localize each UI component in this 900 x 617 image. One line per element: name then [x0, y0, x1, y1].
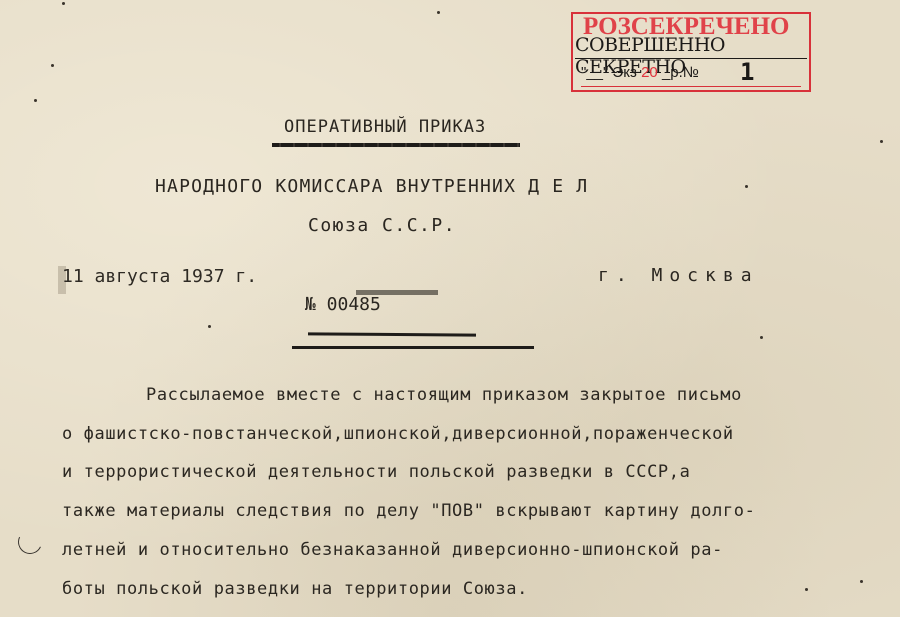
order-underline-2: [292, 346, 534, 349]
paper-speck: [860, 580, 863, 583]
classification-stamp: РОЗСЕКРЕЧЕНО СОВЕРШЕННО СЕКРЕТНО "__" Эк…: [571, 12, 811, 92]
paper-speck: [34, 99, 37, 102]
paper-speck: [208, 325, 211, 328]
copy-number: 1: [740, 58, 754, 86]
document-city: г. Москва: [598, 265, 759, 286]
paper-speck: [745, 185, 748, 188]
paper-speck: [62, 2, 65, 5]
order-number: № 00485: [305, 294, 381, 315]
body-line: летней и относительно безнаказанной диве…: [62, 540, 723, 560]
paper-speck: [51, 64, 54, 67]
document-subtitle: НАРОДНОГО КОМИССАРА ВНУТРЕННИХ Д Е Л: [155, 176, 588, 197]
stamp-underline: [581, 86, 801, 87]
copy-year: 20: [641, 64, 658, 81]
union-line: Союза С.С.Р.: [308, 215, 456, 236]
punch-hole-mark: [15, 527, 46, 558]
order-underline-1: [308, 332, 476, 336]
body-line: и террористической деятельности польской…: [62, 462, 690, 482]
copy-prefix: "__" Экз: [581, 64, 637, 81]
paper-speck: [880, 140, 883, 143]
body-line: также материалы следствия по делу "ПОВ" …: [62, 501, 755, 521]
paper-speck: [760, 336, 763, 339]
title-underline: [272, 143, 520, 147]
stamp-divider: [575, 58, 807, 59]
document-date: 11 августа 1937 г.: [62, 266, 257, 287]
paper-speck: [437, 11, 440, 14]
paper-speck: [805, 588, 808, 591]
copy-number-row: "__" Экз 20 _р.№: [581, 64, 699, 81]
body-line: боты польской разведки на территории Сою…: [62, 579, 528, 599]
order-number-strike: [356, 290, 438, 295]
body-line: о фашистско-повстанческой,шпионской,диве…: [62, 424, 734, 444]
document-title: ОПЕРАТИВНЫЙ ПРИКАЗ: [284, 117, 486, 137]
body-line: Рассылаемое вместе с настоящим приказом …: [146, 385, 742, 405]
copy-suffix: _р.№: [662, 64, 699, 81]
document-page: РОЗСЕКРЕЧЕНО СОВЕРШЕННО СЕКРЕТНО "__" Эк…: [0, 0, 900, 617]
